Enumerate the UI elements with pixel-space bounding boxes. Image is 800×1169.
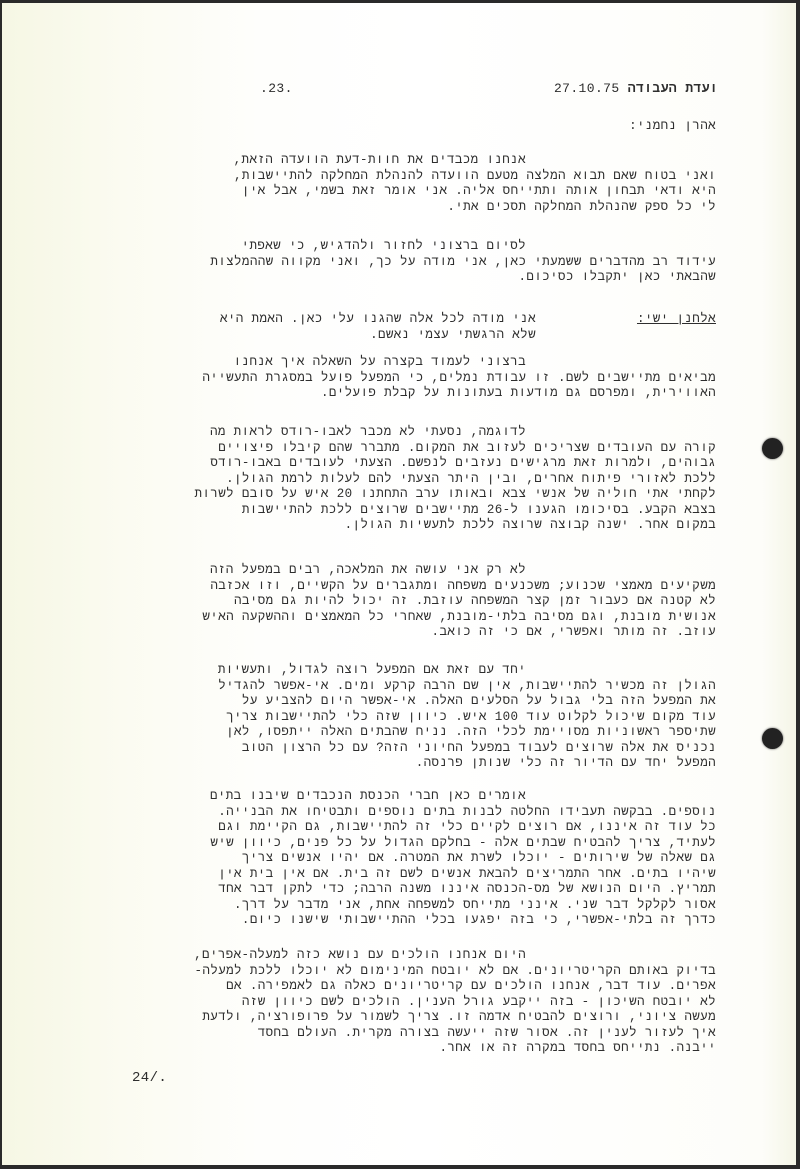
- text-line: משקיעים מאמצי שכנוע; משכנעים משפחה ומתגב…: [76, 579, 716, 595]
- text-line: היום אנחנו הולכים עם נושא כזה למעלה-אפרי…: [76, 948, 716, 964]
- text-line: שיהיו בתים. אחר התמריצים להבאת אנשים לשם…: [76, 867, 716, 883]
- text-line: בדיוק באותם הקריטריונים. אם לא יובטח המי…: [76, 964, 716, 980]
- text-line: ללכת לאזורי פיתוח אחרים, ובין היתר הצעתי…: [76, 472, 716, 488]
- text-line: גם שאלה של שירותים - יוכלו לשרת את המטרה…: [76, 851, 716, 867]
- text-line: יחד עם זאת אם המפעל רוצה לגדול, ותעשיות: [76, 663, 716, 679]
- meeting-date: 27.10.75: [554, 81, 620, 96]
- text-line: עוד מקום שיכול לקלוט עוד 100 איש. כיוון …: [76, 710, 716, 726]
- text-line: איך לעזור לענין זה. אסור שזה ייעשה בצורה…: [76, 1026, 716, 1042]
- continuation-marker: 24/.: [132, 1071, 167, 1087]
- text-line: נוספים. בבקשה תעבידו החלטה לבנות בתים נו…: [76, 805, 716, 821]
- text-line: כדרך זה בלתי-אפשרי, כי בזה יפגעו בכלי הה…: [76, 913, 716, 929]
- speaker-opening: אני מודה לכל אלה שהגנו עלי כאן. האמת היא…: [220, 312, 536, 343]
- text-line: האווירית, ומפרסם גם מודעות בעתונות על קב…: [76, 386, 716, 402]
- punch-hole-icon: [762, 728, 783, 749]
- text-line: לא יובטח השיכון - בזה ייקבע גורל הענין. …: [76, 995, 716, 1011]
- text-line: אני מודה לכל אלה שהגנו עלי כאן. האמת היא: [220, 312, 536, 328]
- text-line: ייבנה. נתייחס בחסד במקרה זה או אחר.: [76, 1041, 716, 1057]
- text-line: אנושית מובנת, וגם מסיבה בלתי-מובנת, שאחר…: [76, 610, 716, 626]
- speaker-name-nachmani: אהרן נחמני:: [629, 119, 716, 135]
- text-line: גבוהים, ולמרות זאת מרגישים נעזבים לנפשם.…: [76, 456, 716, 472]
- paragraph: אנחנו מכבדים את חוות-דעת הוועדה הזאת, וא…: [76, 153, 716, 215]
- text-line: שתיספר ראשוניות מסויימת לכלי הזה. נניח ש…: [76, 725, 716, 741]
- text-line: לקחתי אתי חוליה של אנשי צבא ובאותו ערב ה…: [76, 487, 716, 503]
- paragraph: היום אנחנו הולכים עם נושא כזה למעלה-אפרי…: [76, 948, 716, 1057]
- text-line: לי כל ספק שהנהלת המחלקה תסכים אתי.: [76, 200, 716, 216]
- paragraph: לדוגמה, נסעתי לא מכבר לאבו-רודס לראות מה…: [76, 425, 716, 534]
- text-line: אסור לקלקל דבר שני. אינני מתייחס למשפחה …: [76, 898, 716, 914]
- text-line: נכניס את אלה שרוצים לעבוד במפעל החיוני ה…: [76, 741, 716, 757]
- text-line: לעתיד, צריך להבטיח שבתים אלה - בחלקם הגד…: [76, 836, 716, 852]
- paragraph: לסיום ברצוני לחזור ולהדגיש, כי שאפתי עיד…: [76, 239, 716, 286]
- text-line: עידוד רב מהדברים ששמעתי כאן, אני מודה על…: [76, 255, 716, 271]
- punch-hole-icon: [762, 438, 783, 459]
- text-line: במקום אחר. ישנה קבוצה שרוצה ללכת לתעשיות…: [76, 518, 716, 534]
- text-line: כל עוד זה איננו, אם רוצים לקיים כלי זה ל…: [76, 820, 716, 836]
- text-line: לדוגמה, נסעתי לא מכבר לאבו-רודס לראות מה: [76, 425, 716, 441]
- text-line: אפרים. עוד דבר, אנחנו הולכים עם קריטריונ…: [76, 979, 716, 995]
- text-line: לא רק אני עושה את המלאכה, רבים במפעל הזה: [76, 563, 716, 579]
- text-line: בצבא הקבע. בסיכומו הגענו ל-26 מתיישבים ש…: [76, 503, 716, 519]
- text-line: לסיום ברצוני לחזור ולהדגיש, כי שאפתי: [76, 239, 716, 255]
- text-line: המפעל יחד עם הדיור זה כלי שנותן פרנסה.: [76, 756, 716, 772]
- page-header: ועדת העבודה 27.10.75: [554, 81, 718, 97]
- page-number: .23.: [260, 81, 293, 97]
- text-line: שהבאתי כאן יתקבלו כסיכום.: [76, 270, 716, 286]
- speaker-name-yishai: אלחנן ישי:: [637, 312, 716, 328]
- text-line: מביאים מתיישבים לשם. זו עבודת נמלים, כי …: [76, 371, 716, 387]
- text-line: קורה עם העובדים שצריכים לעזוב את המקום. …: [76, 441, 716, 457]
- text-line: אנחנו מכבדים את חוות-דעת הוועדה הזאת,: [76, 153, 716, 169]
- text-line: עוזב. זה מותר ואפשרי, אם כי זה כואב.: [76, 625, 716, 641]
- text-line: הגולן זה מכשיר להתיישבות, אין שם הרבה קר…: [76, 679, 716, 695]
- text-line: את המפעל הזה בלי גבול על הסלעים האלה. אי…: [76, 694, 716, 710]
- paragraph: ברצוני לעמוד בקצרה על השאלה איך אנחנו מב…: [76, 355, 716, 402]
- text-line: תמריץ. היום הנושא של מס-הכנסה איננו משנה…: [76, 882, 716, 898]
- document-page: ועדת העבודה 27.10.75 .23. אהרן נחמני: אנ…: [2, 3, 796, 1165]
- text-line: מעשה ציוני, ורוצים להבטיח אדמה זו. צריך …: [76, 1010, 716, 1026]
- paragraph: יחד עם זאת אם המפעל רוצה לגדול, ותעשיות …: [76, 663, 716, 772]
- text-line: לא קטנה אם כעבור זמן קצר המשפחה עוזבת. ז…: [76, 594, 716, 610]
- text-line: היא ודאי תבחון אותה ותתייחס אליה. אני או…: [76, 184, 716, 200]
- text-line: ואני בטוח שאם תבוא המלצה מטעם הוועדה להנ…: [76, 169, 716, 185]
- text-line: ברצוני לעמוד בקצרה על השאלה איך אנחנו: [76, 355, 716, 371]
- text-line: שלא הרגשתי עצמי נאשם.: [220, 328, 536, 344]
- paragraph: לא רק אני עושה את המלאכה, רבים במפעל הזה…: [76, 563, 716, 641]
- committee-name: ועדת העבודה: [628, 81, 718, 96]
- paragraph: אומרים כאן חברי הכנסת הנכבדים שיבנו בתים…: [76, 789, 716, 929]
- text-line: אומרים כאן חברי הכנסת הנכבדים שיבנו בתים: [76, 789, 716, 805]
